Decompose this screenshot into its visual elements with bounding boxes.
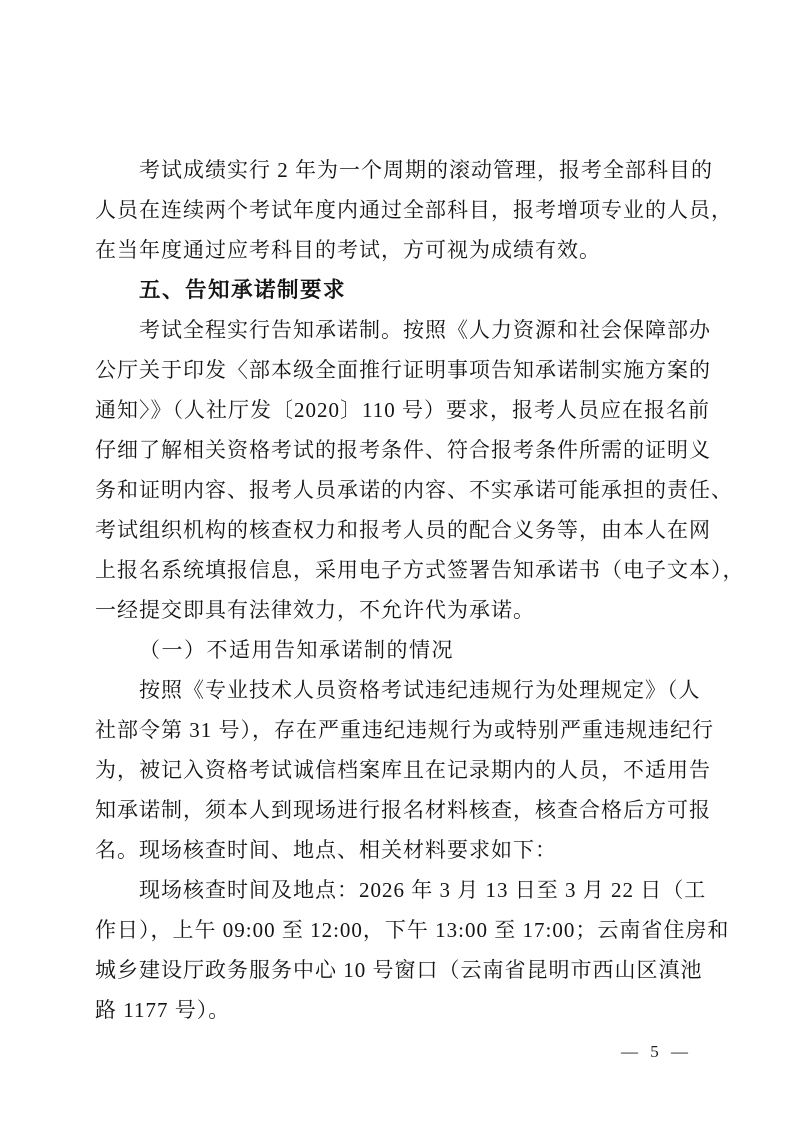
text-line: 按照《专业技术人员资格考试违纪违规行为处理规定》（人 [95, 670, 705, 710]
text-line: 知承诺制，须本人到现场进行报名材料核查，核查合格后方可报 [95, 790, 705, 830]
text-line: 现场核查时间及地点：2026 年 3 月 13 日至 3 月 22 日（工 [95, 870, 705, 910]
paragraph-exclusion-rules: 按照《专业技术人员资格考试违纪违规行为处理规定》（人 社部令第 31 号），存在… [95, 670, 705, 870]
text-line: 考试全程实行告知承诺制。按照《人力资源和社会保障部办 [95, 310, 705, 350]
document-page: 考试成绩实行 2 年为一个周期的滚动管理，报考全部科目的 人员在连续两个考试年度… [0, 0, 794, 1123]
text-line: 公厅关于印发〈部本级全面推行证明事项告知承诺制实施方案的 [95, 350, 705, 390]
document-body: 考试成绩实行 2 年为一个周期的滚动管理，报考全部科目的 人员在连续两个考试年度… [95, 150, 705, 1030]
text-line: 为，被记入资格考试诚信档案库且在记录期内的人员，不适用告 [95, 750, 705, 790]
text-line: 名。现场核查时间、地点、相关材料要求如下： [95, 830, 705, 870]
text-line: 在当年度通过应考科目的考试，方可视为成绩有效。 [95, 230, 705, 270]
text-line: 务和证明内容、报考人员承诺的内容、不实承诺可能承担的责任、 [95, 470, 705, 510]
paragraph-exam-score-rolling: 考试成绩实行 2 年为一个周期的滚动管理，报考全部科目的 人员在连续两个考试年度… [95, 150, 705, 270]
page-footer: — 5 — [0, 1042, 794, 1066]
text-line: 路 1177 号）。 [95, 990, 705, 1030]
paragraph-notification-commitment: 考试全程实行告知承诺制。按照《人力资源和社会保障部办 公厅关于印发〈部本级全面推… [95, 310, 705, 630]
text-line: 城乡建设厅政务服务中心 10 号窗口（云南省昆明市西山区滇池 [95, 950, 705, 990]
text-line: 仔细了解相关资格考试的报考条件、符合报考条件所需的证明义 [95, 430, 705, 470]
paragraph-onsite-check: 现场核查时间及地点：2026 年 3 月 13 日至 3 月 22 日（工 作日… [95, 870, 705, 1030]
text-line: 人员在连续两个考试年度内通过全部科目，报考增项专业的人员， [95, 190, 705, 230]
text-line: 通知〉》（人社厅发〔2020〕110 号）要求，报考人员应在报名前 [95, 390, 705, 430]
section-heading-5: 五、告知承诺制要求 [95, 270, 705, 310]
text-line: 社部令第 31 号），存在严重违纪违规行为或特别严重违规违纪行 [95, 710, 705, 750]
page-number: — 5 — [621, 1042, 692, 1062]
subsection-heading-text: （一）不适用告知承诺制的情况 [95, 630, 705, 670]
text-line: 上报名系统填报信息，采用电子方式签署告知承诺书（电子文本）， [95, 550, 705, 590]
text-line: 考试成绩实行 2 年为一个周期的滚动管理，报考全部科目的 [95, 150, 705, 190]
text-line: 考试组织机构的核查权力和报考人员的配合义务等，由本人在网 [95, 510, 705, 550]
text-line: 作日），上午 09:00 至 12:00，下午 13:00 至 17:00；云南… [95, 910, 705, 950]
section-heading-text: 五、告知承诺制要求 [95, 270, 705, 310]
subsection-heading-1: （一）不适用告知承诺制的情况 [95, 630, 705, 670]
text-line: 一经提交即具有法律效力，不允许代为承诺。 [95, 590, 705, 630]
